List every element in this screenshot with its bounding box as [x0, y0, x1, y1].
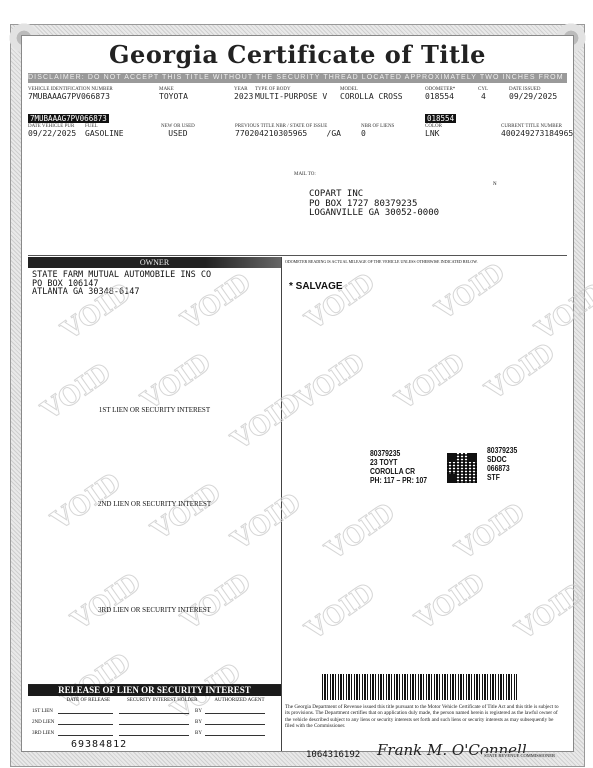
third-lien-title: 3RD LIEN OR SECURITY INTEREST — [28, 606, 281, 614]
second-lien-title: 2ND LIEN OR SECURITY INTEREST — [28, 500, 281, 508]
release-date-line[interactable] — [58, 707, 113, 714]
year-field: YEAR 2023 — [234, 87, 253, 101]
owner-liens-panel: VOID VOID VOID VOID VOID VOID VOID VOID … — [28, 257, 282, 751]
signature-caption: STATE REVENUE COMMISSIONER — [482, 753, 557, 758]
color-field: COLOR LNK — [425, 124, 442, 138]
release-holder-line[interactable] — [119, 729, 189, 736]
qr-code — [447, 453, 477, 483]
serial-number: 69384812 — [68, 739, 130, 750]
release-agent-line[interactable] — [205, 729, 265, 736]
mail-to-label: MAIL TO: — [294, 172, 316, 177]
void-watermark: VOID — [480, 338, 560, 407]
mail-to-address: COPART INC PO BOX 1727 80379235 LOGANVIL… — [309, 190, 439, 219]
barcode — [322, 674, 517, 700]
owner-header: OWNER — [28, 257, 281, 268]
release-agent-line[interactable] — [205, 718, 265, 725]
release-header: RELEASE OF LIEN OR SECURITY INTEREST — [28, 685, 281, 696]
current-title-field: CURRENT TITLE NUMBER 400249273184965 — [501, 124, 573, 138]
odometer-note: ODOMETER READING IS ACTUAL MILEAGE OF TH… — [282, 257, 567, 266]
void-watermark: VOID — [530, 278, 593, 347]
fuel-field: FUEL GASOLINE — [85, 124, 124, 138]
void-watermark: VOID — [146, 478, 226, 547]
void-watermark: VOID — [300, 268, 380, 337]
cylinders-field: CYL 4 — [478, 87, 488, 101]
odometer-field: ODOMETER* 018554 — [425, 87, 455, 101]
void-watermark: VOID — [320, 498, 400, 567]
release-row-2nd: 2ND LIEN BY — [28, 714, 281, 725]
release-holder-line[interactable] — [119, 718, 189, 725]
salvage-brand: * SALVAGE — [289, 281, 343, 292]
void-watermark: VOID — [290, 348, 370, 417]
body-type-field: TYPE OF BODY MULTI-PURPOSE V — [255, 87, 327, 101]
new-used-field: NEW OR USED USED — [161, 124, 195, 138]
vin-value: 7MUBAAAG7PV066873 — [28, 92, 113, 101]
date-issued-field: DATE ISSUED 09/29/2025 — [509, 87, 557, 101]
certificate-body: Georgia Certificate of Title DISCLAIMER:… — [21, 35, 574, 752]
release-holder-line[interactable] — [119, 707, 189, 714]
certificate-border: Georgia Certificate of Title DISCLAIMER:… — [10, 24, 585, 767]
void-watermark: VOID — [450, 498, 530, 567]
void-watermark: VOID — [390, 348, 470, 417]
liens-count-field: NBR OF LIENS 0 — [361, 124, 394, 138]
brands-panel: VOID VOID VOID VOID VOID VOID VOID VOID … — [282, 257, 567, 751]
model-field: MODEL COROLLA CROSS — [340, 87, 403, 101]
release-of-lien-section: RELEASE OF LIEN OR SECURITY INTEREST DAT… — [28, 684, 281, 743]
void-watermark: VOID — [66, 568, 146, 637]
void-watermark: VOID — [36, 358, 116, 427]
void-watermark: VOID — [410, 568, 490, 637]
void-watermark: VOID — [176, 568, 256, 637]
vin-field: VEHICLE IDENTIFICATION NUMBER 7MUBAAAG7P… — [28, 87, 113, 101]
purchase-date-field: DATE VEHICLE PUR 09/22/2025 — [28, 124, 76, 138]
mail-mark: N — [493, 182, 497, 187]
owner-address: STATE FARM MUTUAL AUTOMOBILE INS CO PO B… — [28, 268, 281, 300]
release-row-1st: 1ST LIEN BY — [28, 703, 281, 714]
sticker-right: 80379235 SDOC 066873 STF — [487, 446, 517, 482]
certificate-title: Georgia Certificate of Title — [22, 40, 573, 69]
release-date-line[interactable] — [58, 718, 113, 725]
sticker-left: 80379235 23 TOYT COROLLA CR PH: 117 – PR… — [370, 449, 427, 485]
release-date-line[interactable] — [58, 729, 113, 736]
void-watermark: VOID — [300, 578, 380, 647]
void-watermark: VOID — [510, 578, 590, 647]
disclaimer-banner: DISCLAIMER: DO NOT ACCEPT THIS TITLE WIT… — [28, 73, 567, 83]
release-row-3rd: 3RD LIEN BY — [28, 725, 281, 736]
section-divider — [28, 255, 567, 256]
first-lien-title: 1ST LIEN OR SECURITY INTEREST — [28, 406, 281, 414]
previous-title-field: PREVIOUS TITLE NBR / STATE OF ISSUE 7702… — [235, 124, 341, 138]
legal-statement: The Georgia Department of Revenue issued… — [285, 704, 561, 729]
make-field: MAKE TOYOTA — [159, 87, 188, 101]
document-number: 1064316192 — [306, 750, 360, 760]
void-watermark: VOID — [430, 258, 510, 327]
release-agent-line[interactable] — [205, 707, 265, 714]
release-column-headers: DATE OF RELEASE SECURITY INTEREST HOLDER… — [28, 696, 281, 703]
